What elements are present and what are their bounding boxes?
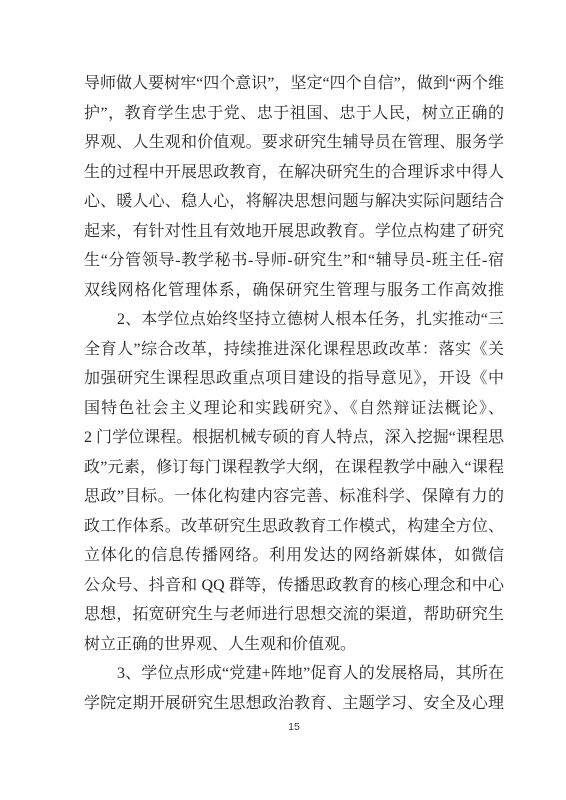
text-line: 2 门学位课程。根据机械专硕的育人特点，深入挖掘“课程思 (84, 423, 504, 453)
document-body: 导师做人要树牢“四个意识”，坚定“四个自信”，做到“两个维护”，教育学生忠于党、… (84, 69, 504, 718)
page-number: 15 (84, 720, 504, 734)
text-line: 学院定期开展研究生思想政治教育、主题学习、安全及心理 (84, 689, 504, 719)
text-line: 全育人”综合改革，持续推进深化课程思政改革：落实《关于 (84, 335, 504, 365)
text-line: 生的过程中开展思政教育，在解决研究生的合理诉求中得人 (84, 158, 504, 188)
text-line: 思想，拓宽研究生与老师进行思想交流的渠道，帮助研究生 (84, 600, 504, 630)
document-page: 导师做人要树牢“四个意识”，坚定“四个自信”，做到“两个维护”，教育学生忠于党、… (0, 0, 566, 800)
text-line: 生“分管领导-教学秘书-导师-研究生”和“辅导员-班主任-宿舍” (84, 246, 504, 276)
text-line: 加强研究生课程思政重点项目建设的指导意见》，开设《中 (84, 364, 504, 394)
text-line: 树立正确的世界观、人生观和价值观。 (84, 630, 504, 660)
text-line: 思政”目标。一体化构建内容完善、标准科学、保障有力的思 (84, 482, 504, 512)
text-line: 护”，教育学生忠于党、忠于祖国、忠于人民，树立正确的世 (84, 99, 504, 129)
text-line: 2、本学位点始终坚持立德树人根本任务，扎实推动“三 (84, 305, 504, 335)
text-line: 双线网格化管理体系，确保研究生管理与服务工作高效推进。 (84, 276, 504, 306)
text-line: 心、暖人心、稳人心，将解决思想问题与解决实际问题结合 (84, 187, 504, 217)
text-line: 政”元素，修订每门课程教学大纲，在课程教学中融入“课程 (84, 453, 504, 483)
text-line: 公众号、抖音和 QQ 群等，传播思政教育的核心理念和中心 (84, 571, 504, 601)
text-line: 国特色社会主义理论和实践研究》、《自然辩证法概论》、 (84, 394, 504, 424)
text-line: 3、学位点形成“党建+阵地”促育人的发展格局，其所在 (84, 659, 504, 689)
text-line: 起来，有针对性且有效地开展思政教育。学位点构建了研究 (84, 217, 504, 247)
text-line: 政工作体系。改革研究生思政教育工作模式，构建全方位、 (84, 512, 504, 542)
text-line: 界观、人生观和价值观。要求研究生辅导员在管理、服务学 (84, 128, 504, 158)
text-line: 导师做人要树牢“四个意识”，坚定“四个自信”，做到“两个维 (84, 69, 504, 99)
text-line: 立体化的信息传播网络。利用发达的网络新媒体，如微信群、 (84, 541, 504, 571)
